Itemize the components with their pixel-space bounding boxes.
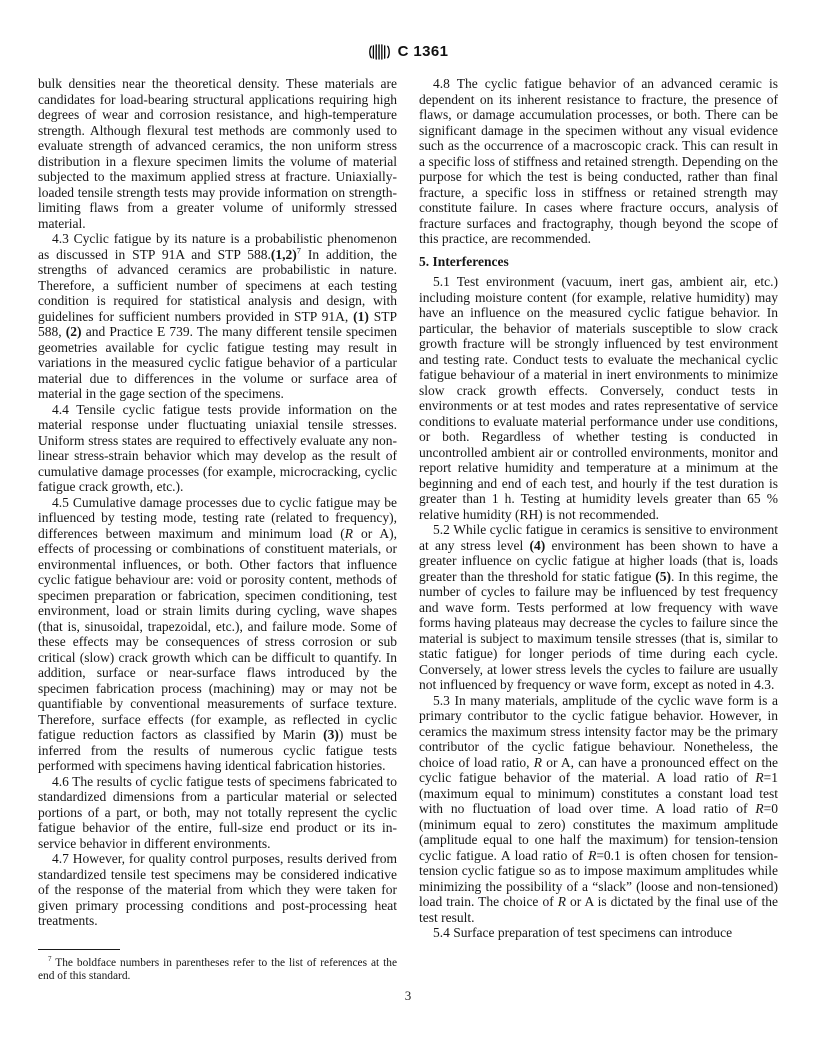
paragraph: 5.3 In many materials, amplitude of the … (419, 693, 778, 926)
document-page: C 1361 bulk densities near the theoretic… (0, 0, 816, 1056)
paragraph: bulk densities near the theoretical dens… (38, 76, 397, 231)
footnote-text: 7 The boldface numbers in parentheses re… (38, 957, 397, 984)
footnote-separator (38, 949, 120, 950)
paragraph: 5.2 While cyclic fatigue in ceramics is … (419, 522, 778, 693)
paragraph: 5.1 Test environment (vacuum, inert gas,… (419, 274, 778, 522)
paragraph: 4.5 Cumulative damage processes due to c… (38, 495, 397, 774)
paragraph: 4.6 The results of cyclic fatigue tests … (38, 774, 397, 852)
section-heading: 5. Interferences (419, 254, 778, 270)
page-header: C 1361 (0, 44, 816, 60)
astm-logo-icon (368, 44, 391, 60)
page-number: 3 (0, 988, 816, 1004)
paragraph: 4.3 Cyclic fatigue by its nature is a pr… (38, 231, 397, 402)
paragraph: 4.8 The cyclic fatigue behavior of an ad… (419, 76, 778, 247)
left-column: bulk densities near the theoretical dens… (38, 76, 397, 984)
paragraph: 4.4 Tensile cyclic fatigue tests provide… (38, 402, 397, 495)
paragraph: 5.4 Surface preparation of test specimen… (419, 925, 778, 941)
two-column-body: bulk densities near the theoretical dens… (38, 76, 778, 984)
paragraph: 4.7 However, for quality control purpose… (38, 851, 397, 929)
doc-designation: C 1361 (398, 44, 449, 60)
right-column: 4.8 The cyclic fatigue behavior of an ad… (419, 76, 778, 984)
